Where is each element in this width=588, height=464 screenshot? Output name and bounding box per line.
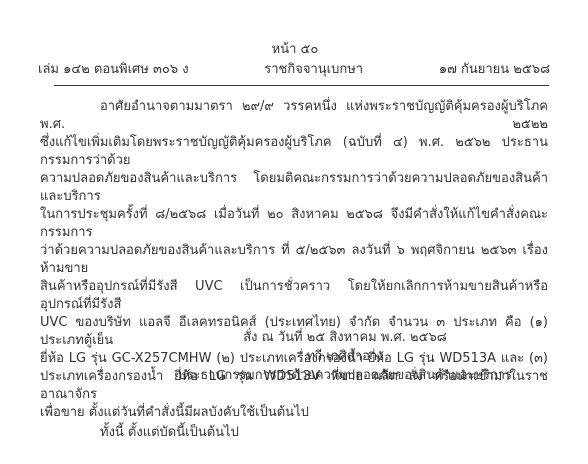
publication-date: ๑๗ กันยายน ๒๕๖๘ — [439, 62, 550, 78]
volume-issue-label: เล่ม ๑๔๒ ตอนพิเศษ ๓๐๖ ง — [38, 62, 189, 78]
body-line: ว่าด้วยความปลอดภัยของสินค้าและบริการ ที่… — [40, 242, 548, 278]
signer-name: ทวี เกศิสำอาง — [150, 347, 540, 366]
page-number: หน้า ๕๐ — [40, 42, 550, 58]
body-line: อาศัยอำนาจตามมาตรา ๒๙/๙ วรรคหนึ่ง แห่งพร… — [40, 98, 548, 134]
order-date-line: สั่ง ณ วันที่ ๒๕ สิงหาคม พ.ศ. ๒๕๖๘ — [150, 328, 540, 347]
effective-clause: ทั้งนี้ ตั้งแต่บัดนี้เป็นต้นไป — [40, 424, 548, 442]
gazette-title: ราชกิจจานุเบกษา — [189, 62, 439, 78]
body-line: ในการประชุมครั้งที่ ๘/๒๕๖๘ เมื่อวันที่ ๒… — [40, 206, 548, 242]
body-line: เพื่อขาย ตั้งแต่วันที่คำสั่งนี้มีผลบังคั… — [40, 404, 548, 422]
header-divider — [54, 85, 549, 86]
masthead: เล่ม ๑๔๒ ตอนพิเศษ ๓๐๖ ง ราชกิจจานุเบกษา … — [38, 62, 550, 78]
signature-block: สั่ง ณ วันที่ ๒๕ สิงหาคม พ.ศ. ๒๕๖๘ ทวี เ… — [150, 328, 540, 385]
gazette-page: หน้า ๕๐ เล่ม ๑๔๒ ตอนพิเศษ ๓๐๖ ง ราชกิจจา… — [0, 0, 588, 464]
order-body: อาศัยอำนาจตามมาตรา ๒๙/๙ วรรคหนึ่ง แห่งพร… — [40, 98, 548, 442]
body-line: สินค้าหรืออุปกรณ์ที่มีรังสี UVC เป็นการช… — [40, 278, 548, 314]
body-line: ซึ่งแก้ไขเพิ่มเติมโดยพระราชบัญญัติคุ้มคร… — [40, 134, 548, 170]
body-line: ความปลอดภัยของสินค้าและบริการ โดยมติคณะก… — [40, 170, 548, 206]
signer-title: ประธานกรรมการว่าด้วยความปลอดภัยของสินค้า… — [150, 366, 540, 385]
